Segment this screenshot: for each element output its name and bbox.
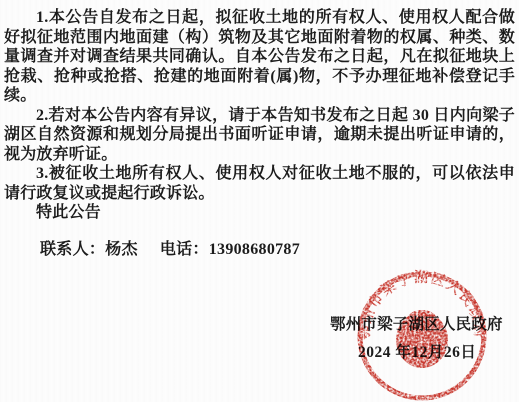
contact-phone-number: 13908680787	[209, 241, 300, 258]
closing-statement: 特此公告	[4, 203, 515, 223]
seal-arc-text-holder: 鄂州市梁子湖区人民政府	[357, 269, 489, 340]
paragraph-1: 1.本公告自发布之日起，拟征收土地的所有权人、使用权人配合做好拟征地范围内地面建…	[4, 8, 515, 106]
seal-ring	[360, 274, 484, 398]
contact-phone-label: 电话：	[160, 241, 209, 258]
seal-emblem	[396, 310, 448, 368]
issue-date: 2024 年12月26日	[358, 340, 476, 362]
contact-person-name: 杨杰	[105, 241, 138, 258]
issuing-authority: 鄂州市梁子湖区人民政府	[330, 312, 500, 334]
contact-person-label: 联系人：	[40, 241, 105, 258]
contact-line: 联系人：杨杰电话：13908680787	[40, 236, 300, 259]
announcement-page: 1.本公告自发布之日起，拟征收土地的所有权人、使用权人配合做好拟征地范围内地面建…	[0, 0, 519, 402]
seal-arc-text: 鄂州市梁子湖区人民政府	[357, 269, 489, 340]
paragraph-2: 2.若对本公告内容有异议，请于本告知书发布之日起 30 日内向梁子湖区自然资源和…	[4, 106, 515, 165]
announcement-body: 1.本公告自发布之日起，拟征收土地的所有权人、使用权人配合做好拟征地范围内地面建…	[4, 8, 515, 223]
paragraph-3: 3.被征收土地所有权人、使用权人对征收土地不服的，可以依法申请行政复议或提起行政…	[4, 164, 515, 203]
official-seal: 鄂州市梁子湖区人民政府	[352, 266, 492, 402]
